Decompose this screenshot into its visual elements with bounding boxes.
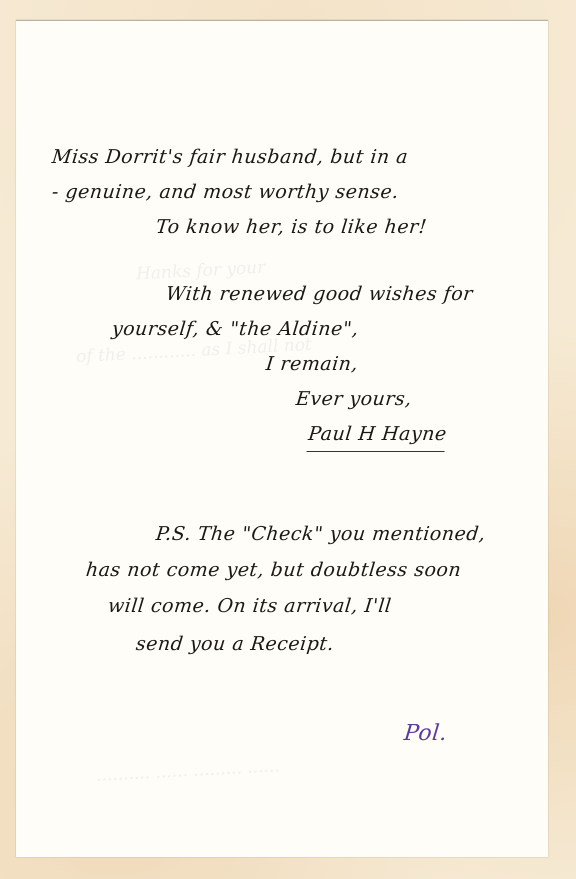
postscript-line-3: will come. On its arrival, I'll	[107, 595, 393, 617]
closing-line-4: Ever yours,	[295, 388, 413, 410]
letter-line-2: - genuine, and most worthy sense.	[51, 181, 400, 203]
closing-line-1: With renewed good wishes for	[165, 283, 474, 305]
letter-page: Hanks for your of the ............ as I …	[16, 20, 548, 857]
bleed-through-text: Hanks for your	[136, 258, 266, 285]
archival-annotation: Pol.	[403, 721, 449, 746]
bleed-through-text: .......... ...... ......... ......	[96, 756, 281, 786]
postscript-line-1: P.S. The "Check" you mentioned,	[155, 523, 487, 545]
signature: Paul H Hayne	[306, 423, 447, 452]
letter-line-1: Miss Dorrit's fair husband, but in a	[51, 146, 409, 168]
closing-line-3: I remain,	[265, 353, 359, 375]
letter-line-3: To know her, is to like her!	[155, 216, 428, 238]
closing-line-2: yourself, & "the Aldine",	[111, 318, 360, 340]
postscript-line-2: has not come yet, but doubtless soon	[85, 559, 463, 581]
postscript-line-4: send you a Receipt.	[135, 633, 335, 655]
